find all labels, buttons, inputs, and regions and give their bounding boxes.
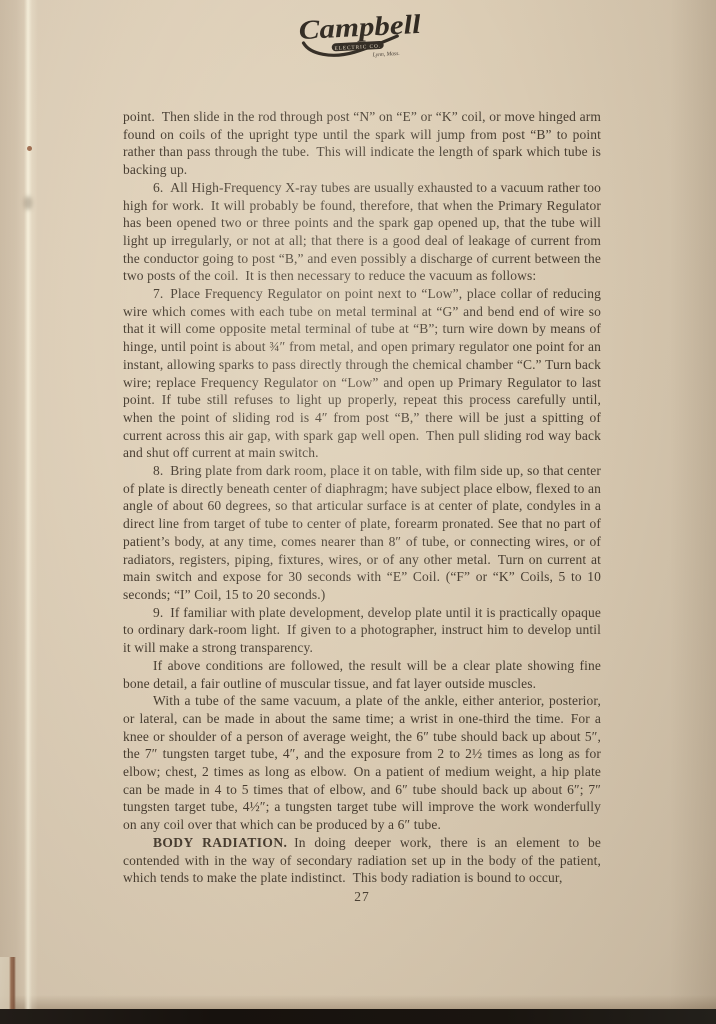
photo-background-edge xyxy=(0,1009,716,1024)
paragraph: 9. If familiar with plate development, d… xyxy=(123,604,601,657)
paragraph: With a tube of the same vacuum, a plate … xyxy=(123,692,601,834)
page-number: 27 xyxy=(123,889,601,905)
paragraph: 8. Bring plate from dark room, place it … xyxy=(123,462,601,604)
paragraph: point. Then slide in the rod through pos… xyxy=(123,108,601,179)
binding-speck xyxy=(27,146,32,151)
paragraph: 7. Place Frequency Regulator on point ne… xyxy=(123,285,601,462)
paragraph: If above conditions are followed, the re… xyxy=(123,657,601,692)
logo-location: Lynn, Mass. xyxy=(372,51,400,58)
page-body: point. Then slide in the rod through pos… xyxy=(123,108,601,887)
campbell-logo-graphic: Campbell ELECTRIC CO. Lynn, Mass. xyxy=(285,4,435,60)
logo-subtitle: ELECTRIC CO. xyxy=(334,43,381,51)
paragraph: 6. All High-Frequency X-ray tubes are us… xyxy=(123,179,601,285)
paragraph: BODY RADIATION. In doing deeper work, th… xyxy=(123,834,601,887)
binding-smudge xyxy=(24,196,32,210)
logo-wordmark: Campbell xyxy=(298,9,422,45)
page-stack-edge xyxy=(0,957,20,1009)
paragraph-lead: BODY RADIATION. xyxy=(153,835,287,850)
campbell-logo: Campbell ELECTRIC CO. Lynn, Mass. xyxy=(285,4,435,60)
